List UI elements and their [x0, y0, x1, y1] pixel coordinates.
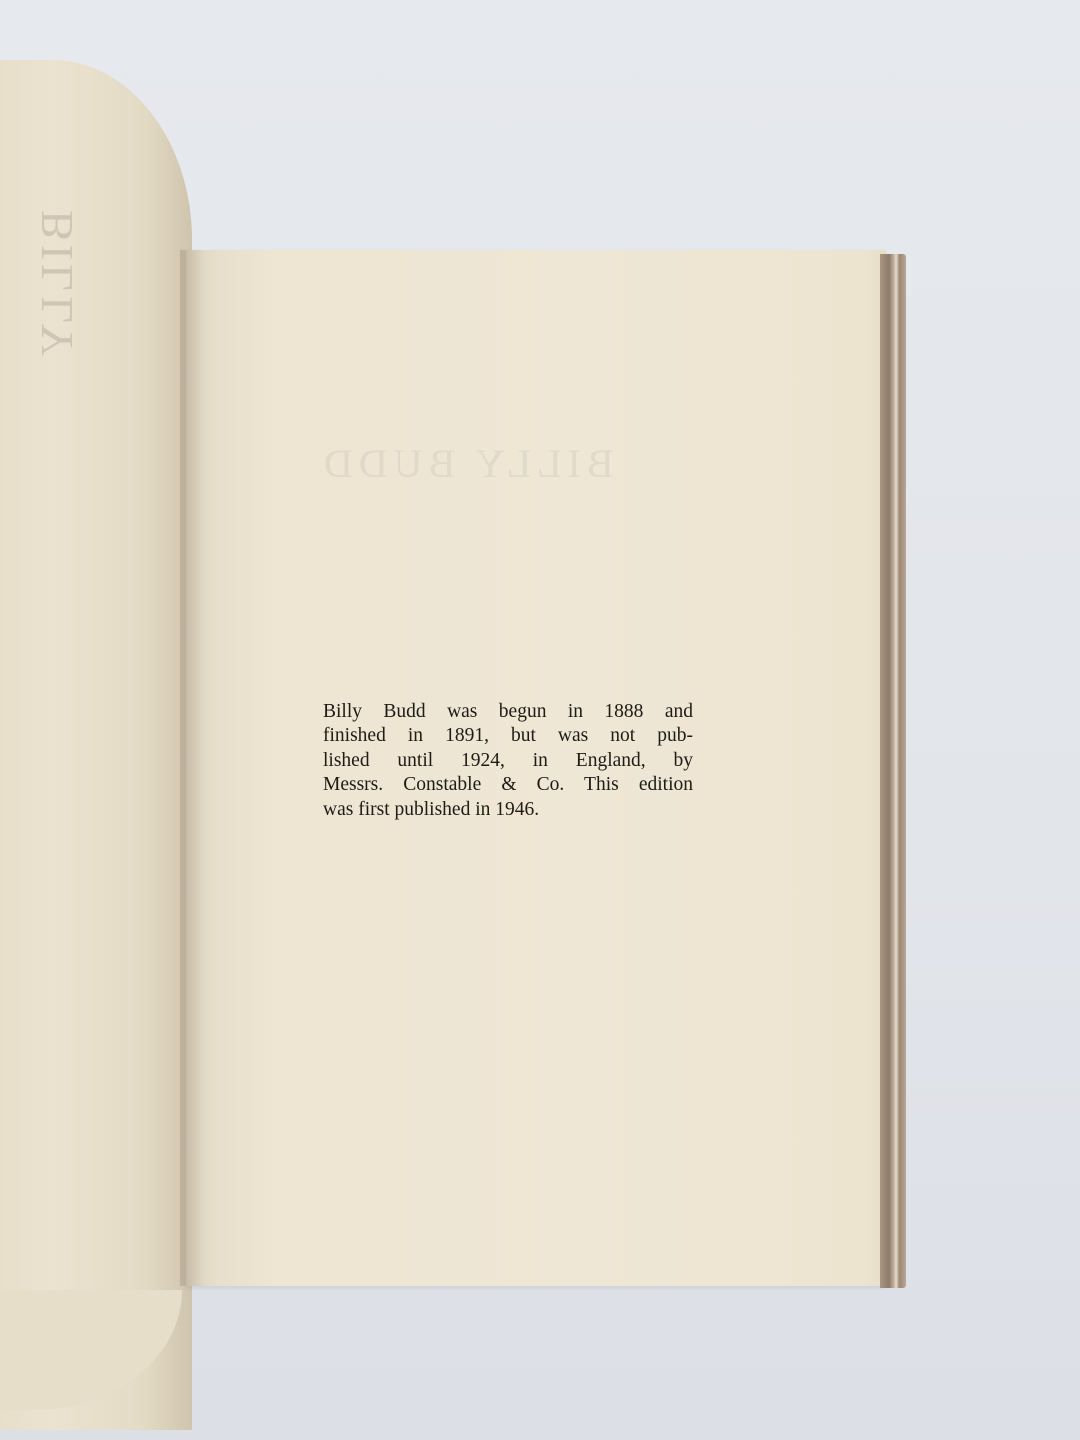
book-page-edges: [880, 254, 906, 1288]
left-page-bleed-title: BILLY: [30, 210, 83, 361]
edition-note-line: Billy Budd was begun in 1888 and: [323, 700, 693, 724]
left-page: [0, 60, 192, 1430]
edition-note-line: lished until 1924, in England, by: [323, 749, 693, 773]
edition-note: Billy Budd was begun in 1888 and finishe…: [323, 700, 693, 822]
edition-note-line: Messrs. Constable & Co. This edition: [323, 773, 693, 797]
edition-note-line: finished in 1891, but was not pub-: [323, 724, 693, 748]
edition-note-line: was first published in 1946.: [323, 798, 693, 822]
gutter-shadow: [180, 250, 204, 1286]
right-page-bleed-title: BILLY BUDD: [318, 440, 614, 487]
